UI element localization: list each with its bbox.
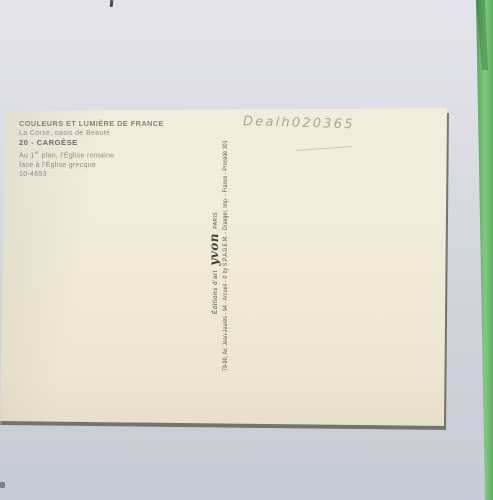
publisher-address-text: 79-90, Av. Jean-Jaurès - 94 - Arcueil - …: [222, 140, 231, 371]
caption-line-2: face à l'Église grecque: [19, 161, 164, 171]
top-edge-mark: [110, 0, 114, 7]
publisher-imprint: Éditions d'art yvon PARIS 79-90, Av. Jea…: [208, 133, 236, 393]
publisher-city: PARIS: [213, 212, 219, 229]
caption-line-1-post: plan, l'Église romaine: [39, 152, 114, 159]
caption-line-1-pre: Au 1: [19, 152, 35, 159]
card-number-title: 20 - CARGÈSE: [19, 138, 164, 148]
reference-number: 10-4653: [19, 170, 164, 180]
pencil-scratch: [296, 146, 352, 151]
publisher-name-line: Éditions d'art yvon PARIS: [208, 133, 222, 393]
handwritten-inventory-number: Dealh020365: [243, 114, 373, 133]
postcard-back: COULEURS ET LUMIÈRE DE FRANCE La Corse, …: [0, 106, 448, 428]
publisher-prefix: Éditions d'art: [212, 270, 219, 314]
green-mat-edge: [475, 0, 493, 500]
series-title: COULEURS ET LUMIÈRE DE FRANCE: [19, 119, 164, 129]
publisher-address-line: 79-90, Av. Jean-Jaurès - 94 - Arcueil - …: [222, 133, 231, 393]
caption-line-1: Au 1er plan, l'Église romaine: [19, 148, 164, 161]
left-edge-mark: [0, 482, 5, 488]
yvon-logo: yvon: [207, 233, 221, 266]
caption-block: COULEURS ET LUMIÈRE DE FRANCE La Corse, …: [19, 119, 164, 180]
photo-of-postcard-back: COULEURS ET LUMIÈRE DE FRANCE La Corse, …: [0, 0, 493, 500]
series-subtitle: La Corse, oasis de Beauté: [19, 129, 164, 139]
